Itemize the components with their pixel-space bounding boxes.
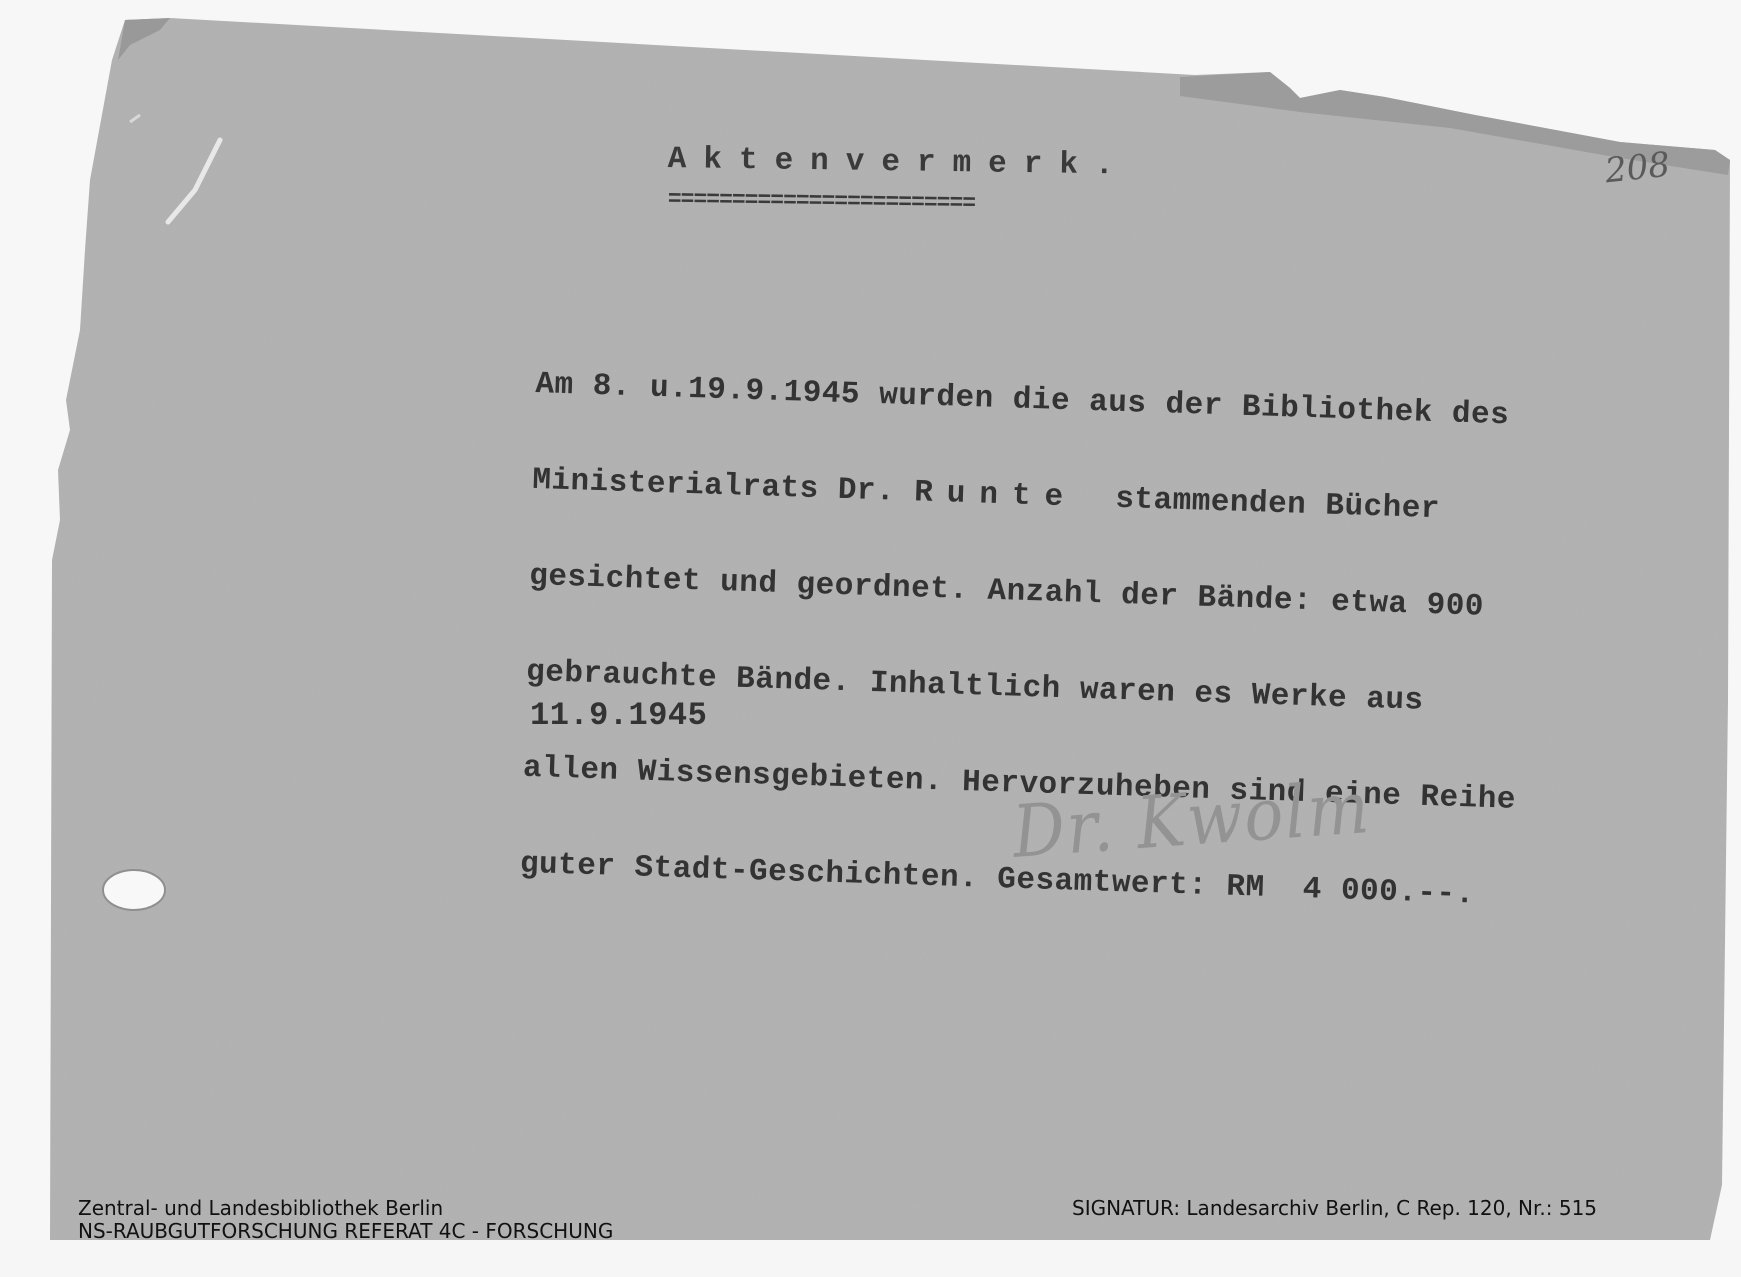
memo-line-end: stammenden Bücher — [1077, 481, 1441, 528]
footer-department: NS-RAUBGUTFORSCHUNG REFERAT 4C - FORSCHU… — [78, 1220, 613, 1243]
memo-line: Am 8. u.19.9.1945 wurden die aus der Bib… — [535, 369, 1529, 433]
punch-hole — [103, 870, 165, 910]
memo-date: 11.9.1945 — [530, 697, 707, 734]
footer-institution: Zentral- und Landesbibliothek Berlin — [78, 1197, 613, 1220]
footer-signatur: SIGNATUR: Landesarchiv Berlin, C Rep. 12… — [1072, 1197, 1597, 1220]
title-underline: ======================== — [668, 186, 976, 216]
document-title: Aktenvermerk. — [668, 142, 1131, 183]
memo-line: gesichtet und geordnet. Anzahl der Bände… — [529, 561, 1523, 625]
folio-number: 208 — [1603, 145, 1672, 192]
footer-left: Zentral- und Landesbibliothek Berlin NS-… — [78, 1197, 613, 1243]
memo-line-start: Ministerialrats Dr. — [532, 463, 915, 510]
person-name: Runte — [914, 475, 1078, 515]
memo-line: Ministerialrats Dr. Runte stammenden Büc… — [532, 465, 1526, 529]
